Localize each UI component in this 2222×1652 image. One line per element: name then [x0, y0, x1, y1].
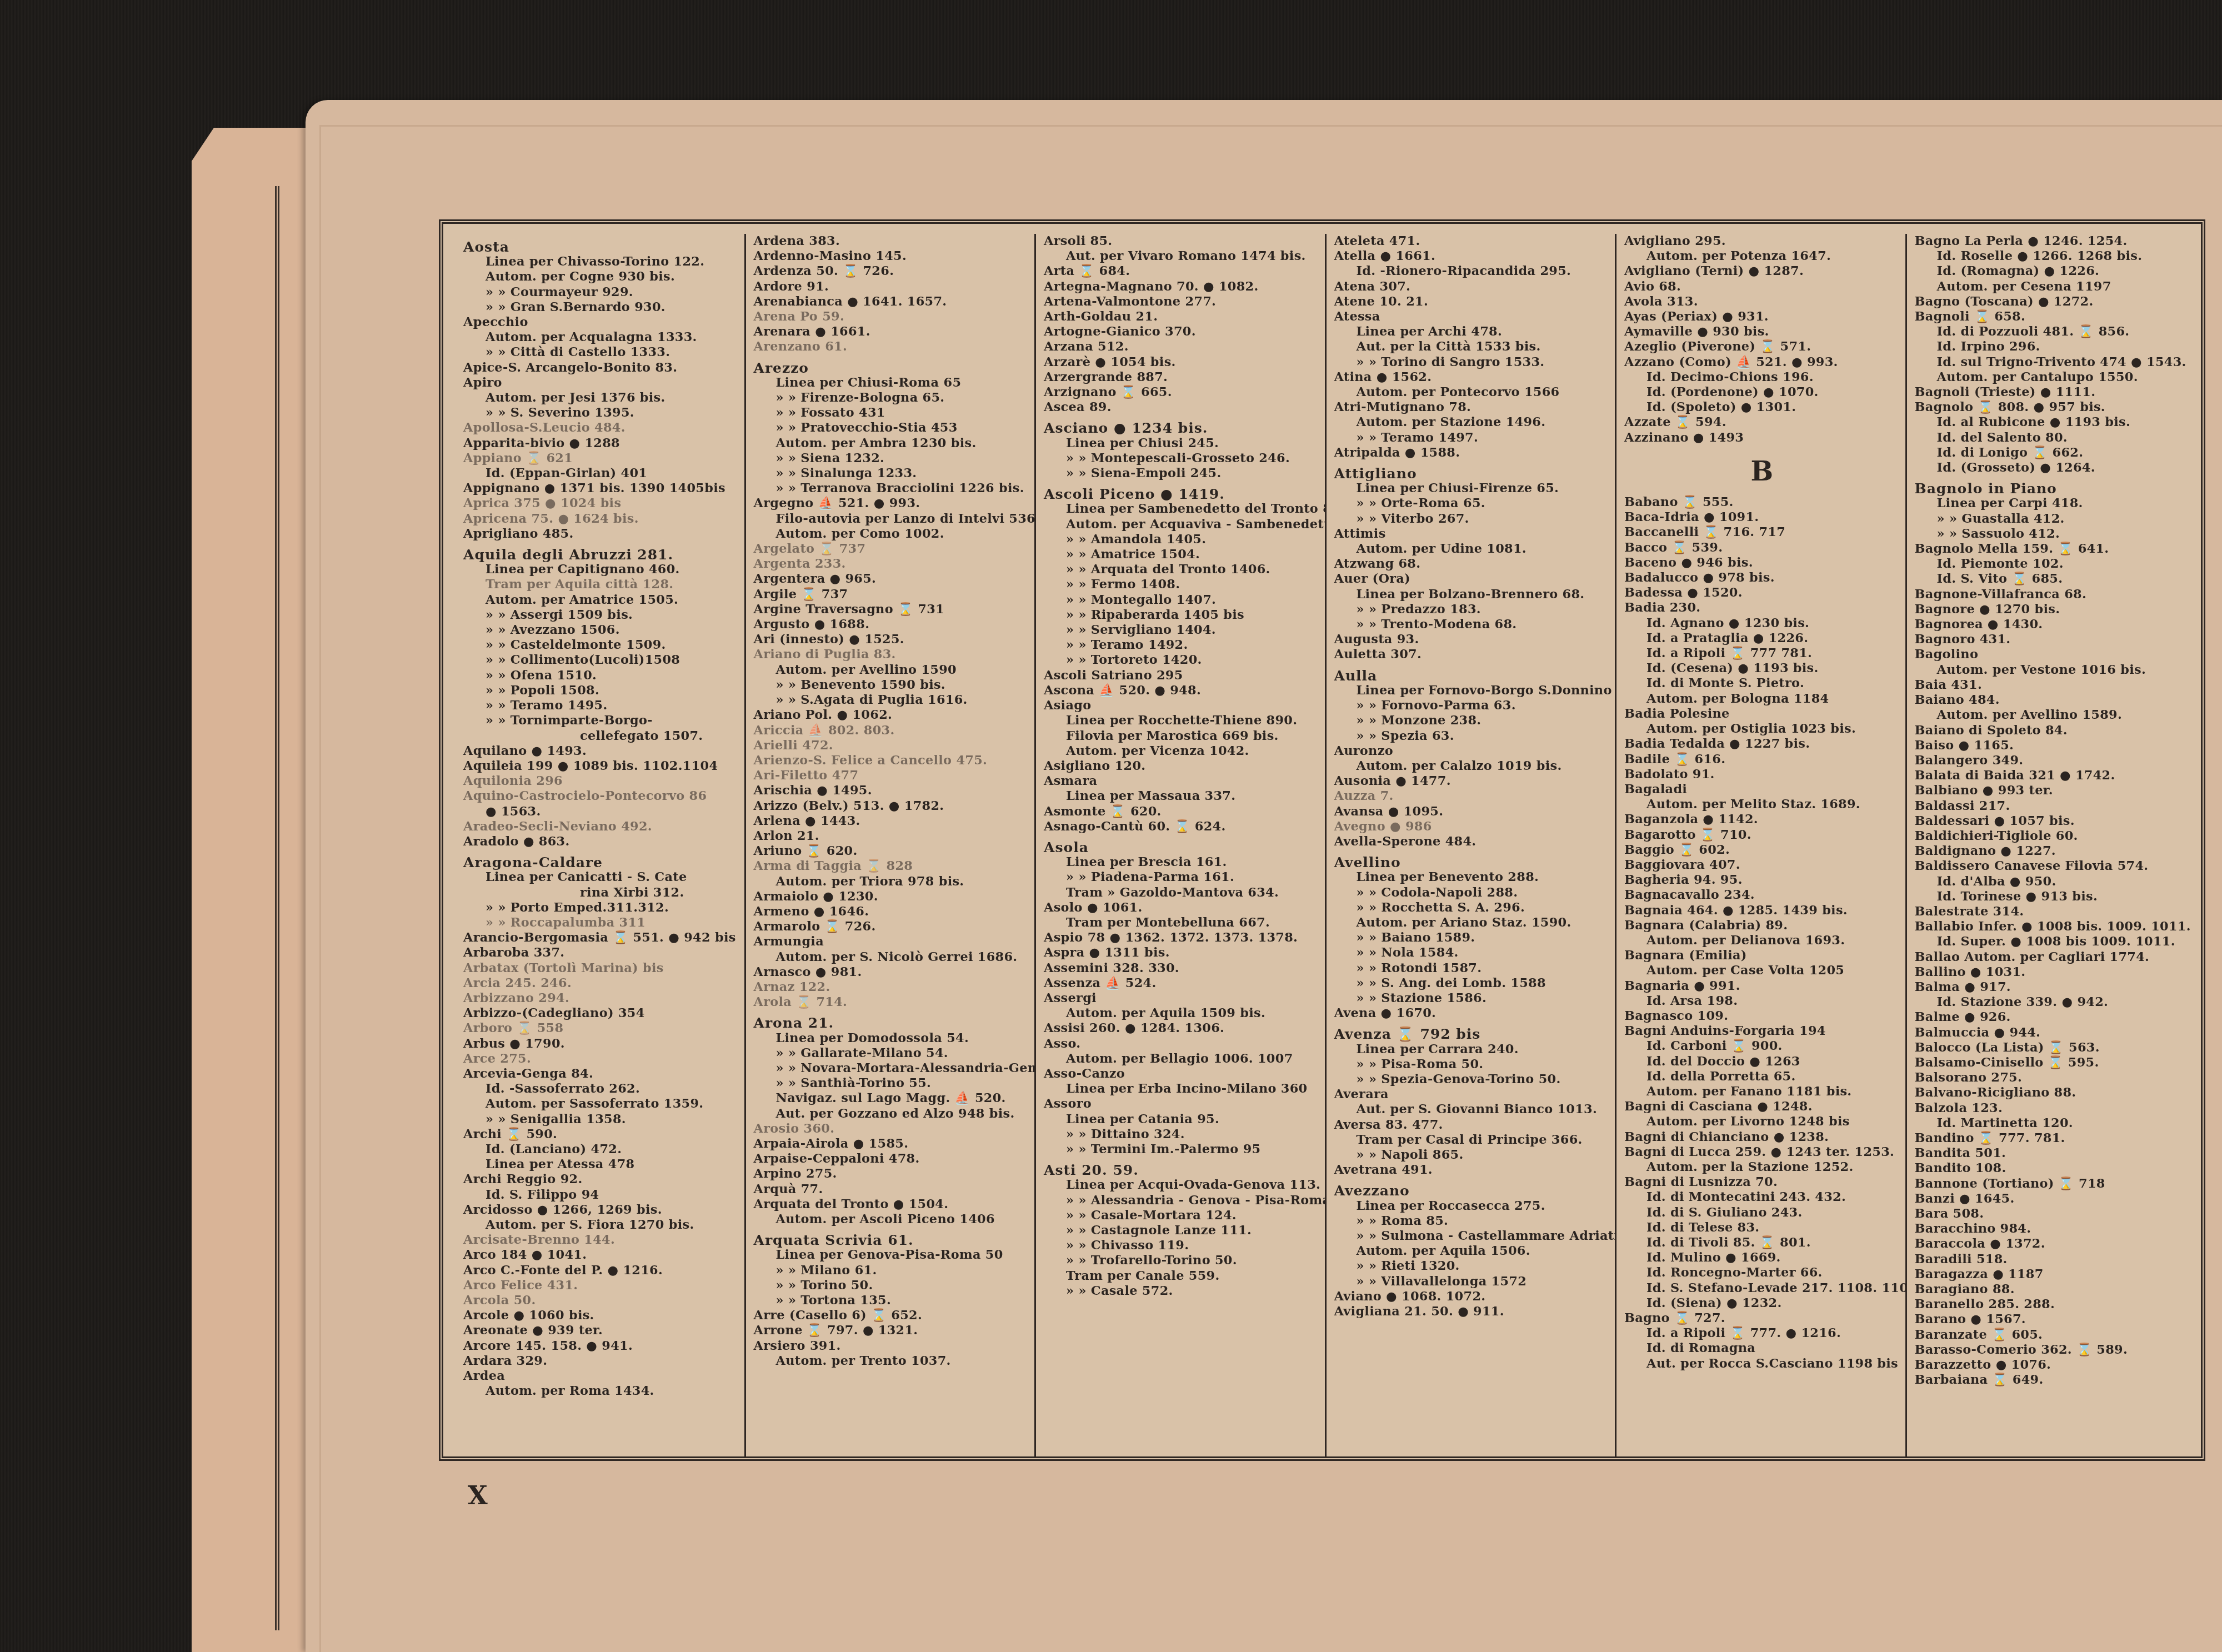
index-entry: Autom. per la Stazione 1252.: [1624, 1160, 1900, 1175]
index-entry: » » Pratovecchio-Stia 453: [754, 420, 1029, 435]
index-entry: Aspra ● 1311 bis.: [1044, 945, 1319, 960]
index-entry: Ballabio Infer. ● 1008 bis. 1009. 1011.: [1915, 919, 2190, 934]
index-entry: Baldissero Canavese Filovia 574.: [1915, 859, 2190, 874]
index-entry: » » Servigliano 1404.: [1044, 623, 1319, 638]
index-entry: » » S. Ang. dei Lomb. 1588: [1334, 976, 1610, 991]
index-entry: Aquino-Castrocielo-Pontecorvo 86: [463, 789, 739, 804]
index-entry: Filo-autovia per Lanzo di Intelvi 536.: [754, 512, 1029, 527]
index-entry: Id. di Telese 83.: [1624, 1220, 1900, 1235]
index-entry: Id. di Montecatini 243. 432.: [1624, 1190, 1900, 1205]
index-entry: Areonate ● 939 ter.: [463, 1323, 739, 1338]
index-entry: Argusto ● 1688.: [754, 617, 1029, 632]
index-entry: Bagno (Toscana) ● 1272.: [1915, 294, 2190, 309]
index-entry: » » Benevento 1590 bis.: [754, 678, 1029, 693]
index-entry: Ariano Pol. ● 1062.: [754, 708, 1029, 723]
index-entry: Linea per Bolzano-Brennero 68.: [1334, 587, 1610, 602]
index-entry: Arquata del Tronto ● 1504.: [754, 1197, 1029, 1212]
index-entry: Id. al Rubicone ● 1193 bis.: [1915, 415, 2190, 430]
index-entry: Ardea: [463, 1369, 739, 1384]
index-entry: » » Popoli 1508.: [463, 683, 739, 698]
index-column-3: Arsoli 85.Aut. per Vivaro Romano 1474 bi…: [1036, 234, 1327, 1456]
index-entry: Linea per Brescia 161.: [1044, 855, 1319, 870]
index-entry: Balsamo-Cinisello ⌛ 595.: [1915, 1055, 2190, 1070]
index-entry: Asigliano 120.: [1044, 759, 1319, 774]
index-entry: Baggiovara 407.: [1624, 858, 1900, 873]
index-entry: Linea per Canicatti - S. Cate: [463, 870, 739, 885]
index-entry: Autom. per S. Fiora 1270 bis.: [463, 1218, 739, 1233]
index-entry: Arischia ● 1495.: [754, 783, 1029, 798]
index-entry: Assergi: [1044, 991, 1319, 1006]
index-entry: Azzate ⌛ 594.: [1624, 415, 1900, 430]
index-entry: » » Chivasso 119.: [1044, 1238, 1319, 1253]
index-entry: Id. Roncegno-Marter 66.: [1624, 1265, 1900, 1280]
index-entry: Aversa 83. 477.: [1334, 1118, 1610, 1133]
index-entry: » » Città di Castello 1333.: [463, 345, 739, 360]
index-entry: Ateleta 471.: [1334, 234, 1610, 249]
index-entry: Ascea 89.: [1044, 400, 1319, 415]
section-letter: B: [1624, 464, 1900, 479]
index-entry: » » Milano 61.: [754, 1263, 1029, 1278]
index-entry: Bagno ⌛ 727.: [1624, 1311, 1900, 1326]
index-entry: Arbatax (Tortolì Marina) bis: [463, 961, 739, 976]
index-entry: Arzana 512.: [1044, 339, 1319, 354]
index-entry: Filovia per Marostica 669 bis.: [1044, 729, 1319, 744]
index-entry: Baldessari ● 1057 bis.: [1915, 814, 2190, 829]
index-entry: Autom. per Pontecorvo 1566: [1334, 385, 1610, 400]
index-heading: Arona 21.: [754, 1015, 1029, 1030]
index-entry: Balata di Baida 321 ● 1742.: [1915, 768, 2190, 783]
index-entry: » » S. Severino 1395.: [463, 406, 739, 420]
index-entry: Bagno La Perla ● 1246. 1254.: [1915, 234, 2190, 249]
index-entry: Autom. per Aquila 1509 bis.: [1044, 1006, 1319, 1021]
index-heading: Arezzo: [754, 361, 1029, 376]
index-heading: Bagnolo in Piano: [1915, 481, 2190, 496]
index-entry: Autom. per Ambra 1230 bis.: [754, 436, 1029, 451]
index-entry: Id. di Tivoli 85. ⌛ 801.: [1624, 1235, 1900, 1250]
index-entry: Balma ● 917.: [1915, 980, 2190, 995]
index-entry: Arola ⌛ 714.: [754, 995, 1029, 1010]
index-entry: Argine Traversagno ⌛ 731: [754, 602, 1029, 617]
index-entry: Ariccia ⛵ 802. 803.: [754, 723, 1029, 738]
index-entry: » » Gallarate-Milano 54.: [754, 1046, 1029, 1061]
index-entry: » » Fornovo-Parma 63.: [1334, 698, 1610, 713]
index-entry: Aprigliano 485.: [463, 527, 739, 542]
index-entry: Arco 184 ● 1041.: [463, 1248, 739, 1263]
index-entry: Autom. per Jesi 1376 bis.: [463, 391, 739, 406]
index-entry: Asolo ● 1061.: [1044, 900, 1319, 915]
index-entry: Baragazza ● 1187: [1915, 1267, 2190, 1282]
index-entry: Asso.: [1044, 1037, 1319, 1052]
index-entry: » » Orte-Roma 65.: [1334, 496, 1610, 511]
index-entry: Balocco (La Lista) ⌛ 563.: [1915, 1040, 2190, 1055]
index-entry: Ari (innesto) ● 1525.: [754, 632, 1029, 647]
index-heading: Aosta: [463, 239, 739, 254]
index-entry: Azeglio (Piverone) ⌛ 571.: [1624, 339, 1900, 354]
index-entry: Aut. per Rocca S.Casciano 1198 bis: [1624, 1356, 1900, 1371]
index-entry: Auletta 307.: [1334, 647, 1610, 662]
index-entry: » » Torino di Sangro 1533.: [1334, 355, 1610, 370]
index-entry: Ariano di Puglia 83.: [754, 647, 1029, 662]
index-entry: Id. S. Vito ⌛ 685.: [1915, 572, 2190, 587]
index-entry: Bagnone-Villafranca 68.: [1915, 587, 2190, 602]
index-entry: Ausonia ● 1477.: [1334, 774, 1610, 789]
index-entry: Arquà 77.: [754, 1182, 1029, 1197]
index-entry: Ariuno ⌛ 620.: [754, 844, 1029, 859]
index-entry: Linea per Carpi 418.: [1915, 496, 2190, 511]
index-entry: » » Trofarello-Torino 50.: [1044, 1253, 1319, 1268]
index-entry: » » Novara-Mortara-Alessandria-Genova 56…: [754, 1061, 1029, 1076]
index-entry: » » Spezia-Genova-Torino 50.: [1334, 1072, 1610, 1087]
index-entry: » » Terranova Bracciolini 1226 bis.: [754, 481, 1029, 496]
index-entry: Ardore 91.: [754, 279, 1029, 294]
index-entry: Atri-Mutignano 78.: [1334, 400, 1610, 415]
index-column-2: Ardena 383.Ardenno-Masino 145.Ardenza 50…: [746, 234, 1037, 1456]
index-entry: Baccanelli ⌛ 716. 717: [1624, 525, 1900, 540]
index-entry: » » Ripaberarda 1405 bis: [1044, 608, 1319, 623]
index-entry: Autom. per Avellino 1590: [754, 663, 1029, 678]
index-entry: Bara 508.: [1915, 1207, 2190, 1222]
index-entry: Baceno ● 946 bis.: [1624, 555, 1900, 570]
index-entry: Bandito 108.: [1915, 1161, 2190, 1176]
index-entry: Id. S. Filippo 94: [463, 1188, 739, 1203]
index-entry: Linea per Carrara 240.: [1334, 1042, 1610, 1057]
index-entry: Id. a Ripoli ⌛ 777 781.: [1624, 646, 1900, 661]
index-entry: Archi ⌛ 590.: [463, 1127, 739, 1142]
index-entry: Bagni di Lucca 259. ● 1243 ter. 1253.: [1624, 1145, 1900, 1160]
index-entry: Autom. per Stazione 1496.: [1334, 415, 1610, 430]
index-entry: Id. Torinese ● 913 bis.: [1915, 889, 2190, 904]
index-entry: » » Fermo 1408.: [1044, 577, 1319, 592]
index-entry: Autom. per Udine 1081.: [1334, 542, 1610, 557]
index-entry: Avigliana 21. 50. ● 911.: [1334, 1304, 1610, 1319]
index-heading: Asciano ● 1234 bis.: [1044, 420, 1319, 435]
index-entry: » » Castagnole Lanze 111.: [1044, 1223, 1319, 1238]
index-entry: Arcole ● 1060 bis.: [463, 1308, 739, 1323]
index-entry: Aquilano ● 1493.: [463, 744, 739, 759]
index-entry: Aviano ● 1068. 1072.: [1334, 1289, 1610, 1304]
index-entry: Id. sul Trigno-Trivento 474 ● 1543.: [1915, 355, 2190, 370]
index-entry: » » Montepescali-Grosseto 246.: [1044, 451, 1319, 466]
index-entry: Avigliano (Terni) ● 1287.: [1624, 264, 1900, 279]
index-entry: Id. Agnano ● 1230 bis.: [1624, 616, 1900, 631]
index-entry: Argegno ⛵ 521. ● 993.: [754, 496, 1029, 511]
index-heading: Aquila degli Abruzzi 281.: [463, 547, 739, 562]
index-entry: » » Viterbo 267.: [1334, 512, 1610, 527]
index-entry: Linea per Roccasecca 275.: [1334, 1199, 1610, 1214]
index-entry: Arbaroba 337.: [463, 945, 739, 960]
index-entry: Aspio 78 ● 1362. 1372. 1373. 1378.: [1044, 930, 1319, 945]
index-entry: Avigliano 295.: [1624, 234, 1900, 249]
index-entry: Avetrana 491.: [1334, 1163, 1610, 1178]
index-entry: Linea per Sambenedetto del Tronto 81.: [1044, 502, 1319, 517]
index-entry: Baiano di Spoleto 84.: [1915, 723, 2190, 738]
index-entry: » » Sulmona - Castellammare Adriatico 85…: [1334, 1229, 1610, 1244]
index-entry: Arbizzano 294.: [463, 991, 739, 1006]
index-entry: » » Siena-Empoli 245.: [1044, 466, 1319, 481]
index-entry: Id. di Romagna: [1624, 1341, 1900, 1356]
index-entry: Linea per Genova-Pisa-Roma 50: [754, 1248, 1029, 1263]
index-entry: Arth-Goldau 21.: [1044, 309, 1319, 324]
index-heading: Avezzano: [1334, 1183, 1610, 1198]
index-entry: Badolato 91.: [1624, 767, 1900, 782]
index-entry: Bagnasco 109.: [1624, 1009, 1900, 1024]
index-entry: Id. Mulino ● 1669.: [1624, 1250, 1900, 1265]
index-entry: » » Rieti 1320.: [1334, 1259, 1610, 1274]
index-entry: Autom. per Ostiglia 1023 bis.: [1624, 722, 1900, 737]
index-entry: Id. della Porretta 65.: [1624, 1069, 1900, 1084]
index-entry: Asnago-Cantù 60. ⌛ 624.: [1044, 819, 1319, 834]
index-entry: Baranello 285. 288.: [1915, 1297, 2190, 1312]
index-entry: » » Casale 572.: [1044, 1284, 1319, 1299]
index-entry: » » Tortoreto 1420.: [1044, 653, 1319, 668]
index-entry: Artena-Valmontone 277.: [1044, 294, 1319, 309]
index-entry: Id. (Spoleto) ● 1301.: [1624, 400, 1900, 415]
index-entry: Auronzo: [1334, 744, 1610, 759]
index-entry: Autom. per Case Volta 1205: [1624, 963, 1900, 978]
index-entry: Baldignano ● 1227.: [1915, 844, 2190, 859]
index-entry: Bagnolo ⌛ 808. ● 957 bis.: [1915, 400, 2190, 415]
index-entry: » » Porto Emped.311.312.: [463, 900, 739, 915]
index-entry: Bagnoli (Trieste) ● 1111.: [1915, 385, 2190, 400]
index-entry: Bagni di Casciana ● 1248.: [1624, 1099, 1900, 1114]
index-entry: Bagarotto ⌛ 710.: [1624, 828, 1900, 843]
index-entry: Arzignano ⌛ 665.: [1044, 385, 1319, 400]
index-entry: Bagnara (Calabria) 89.: [1624, 918, 1900, 933]
index-entry: Linea per Chiusi-Firenze 65.: [1334, 481, 1610, 496]
index-heading: Arquata Scrivia 61.: [754, 1233, 1029, 1248]
index-entry: Ascoli Satriano 295: [1044, 668, 1319, 683]
index-entry: » » Pisa-Roma 50.: [1334, 1057, 1610, 1072]
index-entry: Arsiero 391.: [754, 1339, 1029, 1354]
index-entry: » » Fossato 431: [754, 406, 1029, 420]
index-entry: Asso-Canzo: [1044, 1067, 1319, 1082]
index-entry: Linea per Archi 478.: [1334, 324, 1610, 339]
index-entry: » » Siena 1232.: [754, 451, 1029, 466]
index-entry: Id. -Sassoferrato 262.: [463, 1082, 739, 1097]
index-entry: Aradolo ● 863.: [463, 834, 739, 849]
index-entry: Autom. per Cesena 1197: [1915, 279, 2190, 294]
index-entry: Arboro ⌛ 558: [463, 1021, 739, 1036]
index-entry: Banzi ● 1645.: [1915, 1192, 2190, 1207]
index-entry: Assoro: [1044, 1097, 1319, 1112]
index-entry: Avansa ● 1095.: [1334, 804, 1610, 819]
index-entry: Id. (Lanciano) 472.: [463, 1142, 739, 1157]
index-entry: » » Ofena 1510.: [463, 668, 739, 683]
index-entry: Autom. per Cogne 930 bis.: [463, 269, 739, 284]
index-entry: Arbus ● 1790.: [463, 1037, 739, 1052]
index-entry: Arosio 360.: [754, 1122, 1029, 1137]
index-entry: Id. (Romagna) ● 1226.: [1915, 264, 2190, 279]
index-entry: Atina ● 1562.: [1334, 370, 1610, 385]
index-entry: Arma di Taggia ⌛ 828: [754, 859, 1029, 874]
index-entry: Autom. per Trento 1037.: [754, 1354, 1029, 1369]
index-entry: Bandino ⌛ 777. 781.: [1915, 1131, 2190, 1146]
index-entry: Autom. per Acquaviva - Sambenedetto del …: [1044, 517, 1319, 532]
index-entry: Autom. per Cantalupo 1550.: [1915, 370, 2190, 385]
index-entry: » » Amandola 1405.: [1044, 532, 1319, 547]
index-entry: Linea per Catania 95.: [1044, 1112, 1319, 1127]
index-heading: Aulla: [1334, 668, 1610, 683]
index-entry: Ballino ● 1031.: [1915, 965, 2190, 980]
index-entry: Baiano 484.: [1915, 693, 2190, 708]
index-entry: » » Tortona 135.: [754, 1293, 1029, 1308]
index-entry: Baragiano 88.: [1915, 1282, 2190, 1297]
index-entry: Id. (Pordenone) ● 1070.: [1624, 385, 1900, 400]
index-entry: Linea per Chiusi-Roma 65: [754, 376, 1029, 391]
index-entry: Tram » Gazoldo-Mantova 634.: [1044, 885, 1319, 900]
index-entry: Ardenza 50. ⌛ 726.: [754, 264, 1029, 279]
index-entry: Linea per Atessa 478: [463, 1157, 739, 1172]
index-entry: Bagnoli ⌛ 658.: [1915, 309, 2190, 324]
index-entry: » » Montegallo 1407.: [1044, 593, 1319, 608]
index-entry: Arlena ● 1443.: [754, 814, 1029, 829]
index-entry: Id. (Grosseto) ● 1264.: [1915, 460, 2190, 475]
index-entry: Id. di Monte S. Pietro.: [1624, 676, 1900, 691]
index-entry: » » Nola 1584.: [1334, 945, 1610, 960]
index-entry: Bagni di Lusnizza 70.: [1624, 1175, 1900, 1190]
index-entry: Baracchino 984.: [1915, 1222, 2190, 1237]
index-entry: » » Trento-Modena 68.: [1334, 617, 1610, 632]
index-entry: Arbizzo-(Cadegliano) 354: [463, 1006, 739, 1021]
index-entry: Barbaiana ⌛ 649.: [1915, 1373, 2190, 1388]
index-entry: Aymaville ● 930 bis.: [1624, 324, 1900, 339]
index-entry: Auer (Ora): [1334, 572, 1610, 587]
index-entry: Autom. per Acqualagna 1333.: [463, 330, 739, 345]
index-entry: Id. (Siena) ● 1232.: [1624, 1296, 1900, 1311]
index-entry: Autom. per Amatrice 1505.: [463, 593, 739, 608]
index-entry: Arpaia-Airola ● 1585.: [754, 1137, 1029, 1152]
index-entry: Arcidosso ● 1266, 1269 bis.: [463, 1203, 739, 1218]
index-entry: Autom. per Roma 1434.: [463, 1384, 739, 1399]
index-entry: Id. Piemonte 102.: [1915, 557, 2190, 572]
index-entry: Bagolino: [1915, 647, 2190, 662]
index-entry: Arco Felice 431.: [463, 1278, 739, 1293]
index-entry: Id. Irpino 296.: [1915, 339, 2190, 354]
index-entry: Id. Carboni ⌛ 900.: [1624, 1039, 1900, 1054]
index-entry: Argile ⌛ 737: [754, 587, 1029, 602]
index-entry: Balzola 123.: [1915, 1101, 2190, 1116]
index-entry: Augusta 93.: [1334, 632, 1610, 647]
index-entry: Aquileia 199 ● 1089 bis. 1102.1104: [463, 759, 739, 774]
index-entry: Avella-Sperone 484.: [1334, 834, 1610, 849]
index-entry: Baggio ⌛ 602.: [1624, 843, 1900, 858]
index-entry: Id. Super. ● 1008 bis 1009. 1011.: [1915, 934, 2190, 949]
index-entry: Azzinano ● 1493: [1624, 430, 1900, 445]
index-entry: Bannone (Tortiano) ⌛ 718: [1915, 1177, 2190, 1192]
index-entry: Arlon 21.: [754, 829, 1029, 844]
index-entry: Tram per Canale 559.: [1044, 1269, 1319, 1284]
index-entry: Autom. per Calalzo 1019 bis.: [1334, 759, 1610, 774]
index-entry: » » Rotondi 1587.: [1334, 961, 1610, 976]
index-entry: Id. S. Stefano-Levade 217. 1108. 1108 bi…: [1624, 1281, 1900, 1296]
index-entry: Asmara: [1044, 774, 1319, 789]
index-entry: » » Monzone 238.: [1334, 713, 1610, 728]
index-entry: Linea per Domodossola 54.: [754, 1031, 1029, 1046]
index-entry: Auzza 7.: [1334, 789, 1610, 804]
index-entry: Arzergrande 887.: [1044, 370, 1319, 385]
index-entry: Linea per Chivasso-Torino 122.: [463, 254, 739, 269]
index-entry: Autom. per Fanano 1181 bis.: [1624, 1084, 1900, 1099]
index-entry: Id. -Rionero-Ripacandida 295.: [1334, 264, 1610, 279]
index-entry: Attimis: [1334, 527, 1610, 542]
index-heading: Avellino: [1334, 855, 1610, 870]
index-entry: Linea per Erba Incino-Milano 360: [1044, 1082, 1319, 1097]
index-entry: Autom. per Como 1002.: [754, 527, 1029, 542]
page-number: X: [468, 1480, 488, 1510]
index-entry: » » Avezzano 1506.: [463, 623, 739, 638]
index-entry: Apricena 75. ● 1624 bis.: [463, 512, 739, 527]
index-entry: Artogne-Gianico 370.: [1044, 324, 1319, 339]
index-entry: » » Baiano 1589.: [1334, 930, 1610, 945]
index-entry: Barano ● 1567.: [1915, 1312, 2190, 1327]
index-entry: Argelato ⌛ 737: [754, 542, 1029, 557]
index-entry: Arenabianca ● 1641. 1657.: [754, 294, 1029, 309]
index-entry: Arce 275.: [463, 1052, 739, 1067]
index-entry: » » Teramo 1492.: [1044, 638, 1319, 653]
index-entry: » » Senigallia 1358.: [463, 1112, 739, 1127]
index-entry: Badia Polesine: [1624, 707, 1900, 722]
index-entry: Baldassi 217.: [1915, 799, 2190, 814]
index-entry: Arienzo-S. Felice a Cancello 475.: [754, 753, 1029, 768]
index-entry: Arrone ⌛ 797. ● 1321.: [754, 1323, 1029, 1338]
index-entry: Baiso ● 1165.: [1915, 738, 2190, 753]
index-entry: Ballao Autom. per Cagliari 1774.: [1915, 950, 2190, 965]
index-entry: Id. di Lonigo ⌛ 662.: [1915, 445, 2190, 460]
index-entry: » » Stazione 1586.: [1334, 991, 1610, 1006]
index-entry: Atripalda ● 1588.: [1334, 445, 1610, 460]
index-entry: Barasso-Comerio 362. ⌛ 589.: [1915, 1343, 2190, 1358]
index-entry: Bagnore ● 1270 bis.: [1915, 602, 2190, 617]
index-entry: Azzano (Como) ⛵ 521. ● 993.: [1624, 355, 1900, 370]
index-entry: Id. Arsa 198.: [1624, 994, 1900, 1009]
index-entry: Linea per Fornovo-Borgo S.Donnino 62. 63…: [1334, 683, 1610, 698]
index-entry: Aut. per Gozzano ed Alzo 948 bis.: [754, 1107, 1029, 1122]
index-entry: Arenara ● 1661.: [754, 324, 1029, 339]
index-entry: » » Roccapalumba 311: [463, 915, 739, 930]
index-entry: » » Napoli 865.: [1334, 1148, 1610, 1163]
index-columns: AostaLinea per Chivasso-Torino 122.Autom…: [443, 224, 2201, 1456]
index-entry: Autom. per Ariano Staz. 1590.: [1334, 915, 1610, 930]
index-entry: Arancio-Bergomasia ⌛ 551. ● 942 bis: [463, 930, 739, 945]
index-entry: Id. del Doccio ● 1263: [1624, 1054, 1900, 1069]
index-entry: Id. di S. Giuliano 243.: [1624, 1205, 1900, 1220]
index-entry: » » Sassuolo 412.: [1915, 527, 2190, 542]
index-entry: » » Assergi 1509 bis.: [463, 608, 739, 623]
index-entry: Aut. per Vivaro Romano 1474 bis.: [1044, 249, 1319, 264]
index-entry: Bagnacavallo 234.: [1624, 888, 1900, 903]
index-entry: Bandita 501.: [1915, 1146, 2190, 1161]
index-entry: Linea per Rocchette-Thiene 890.: [1044, 713, 1319, 728]
index-entry: Bacco ⌛ 539.: [1624, 540, 1900, 555]
index-entry: Aut. per la Città 1533 bis.: [1334, 339, 1610, 354]
index-entry: Id. Stazione 339. ● 942.: [1915, 995, 2190, 1010]
index-heading: Avenza ⌛ 792 bis: [1334, 1027, 1610, 1042]
index-entry: Aut. per S. Giovanni Bianco 1013.: [1334, 1102, 1610, 1117]
index-entry: rina Xirbi 312.: [463, 885, 739, 900]
index-entry: Badia 230.: [1624, 600, 1900, 615]
index-entry: Linea per Massaua 337.: [1044, 789, 1319, 804]
index-entry: » » Guastalla 412.: [1915, 512, 2190, 527]
index-entry: Linea per Capitignano 460.: [463, 562, 739, 577]
index-entry: » » Firenze-Bologna 65.: [754, 391, 1029, 406]
index-entry: Bagni di Chianciano ● 1238.: [1624, 1130, 1900, 1145]
index-entry: Arcevia-Genga 84.: [463, 1067, 739, 1082]
index-entry: Apollosa-S.Leucio 484.: [463, 420, 739, 435]
index-entry: Artegna-Magnano 70. ● 1082.: [1044, 279, 1319, 294]
index-entry: Id. Decimo-Chions 196.: [1624, 370, 1900, 385]
index-entry: » » Torino 50.: [754, 1278, 1029, 1293]
index-entry: Id. del Salento 80.: [1915, 430, 2190, 445]
